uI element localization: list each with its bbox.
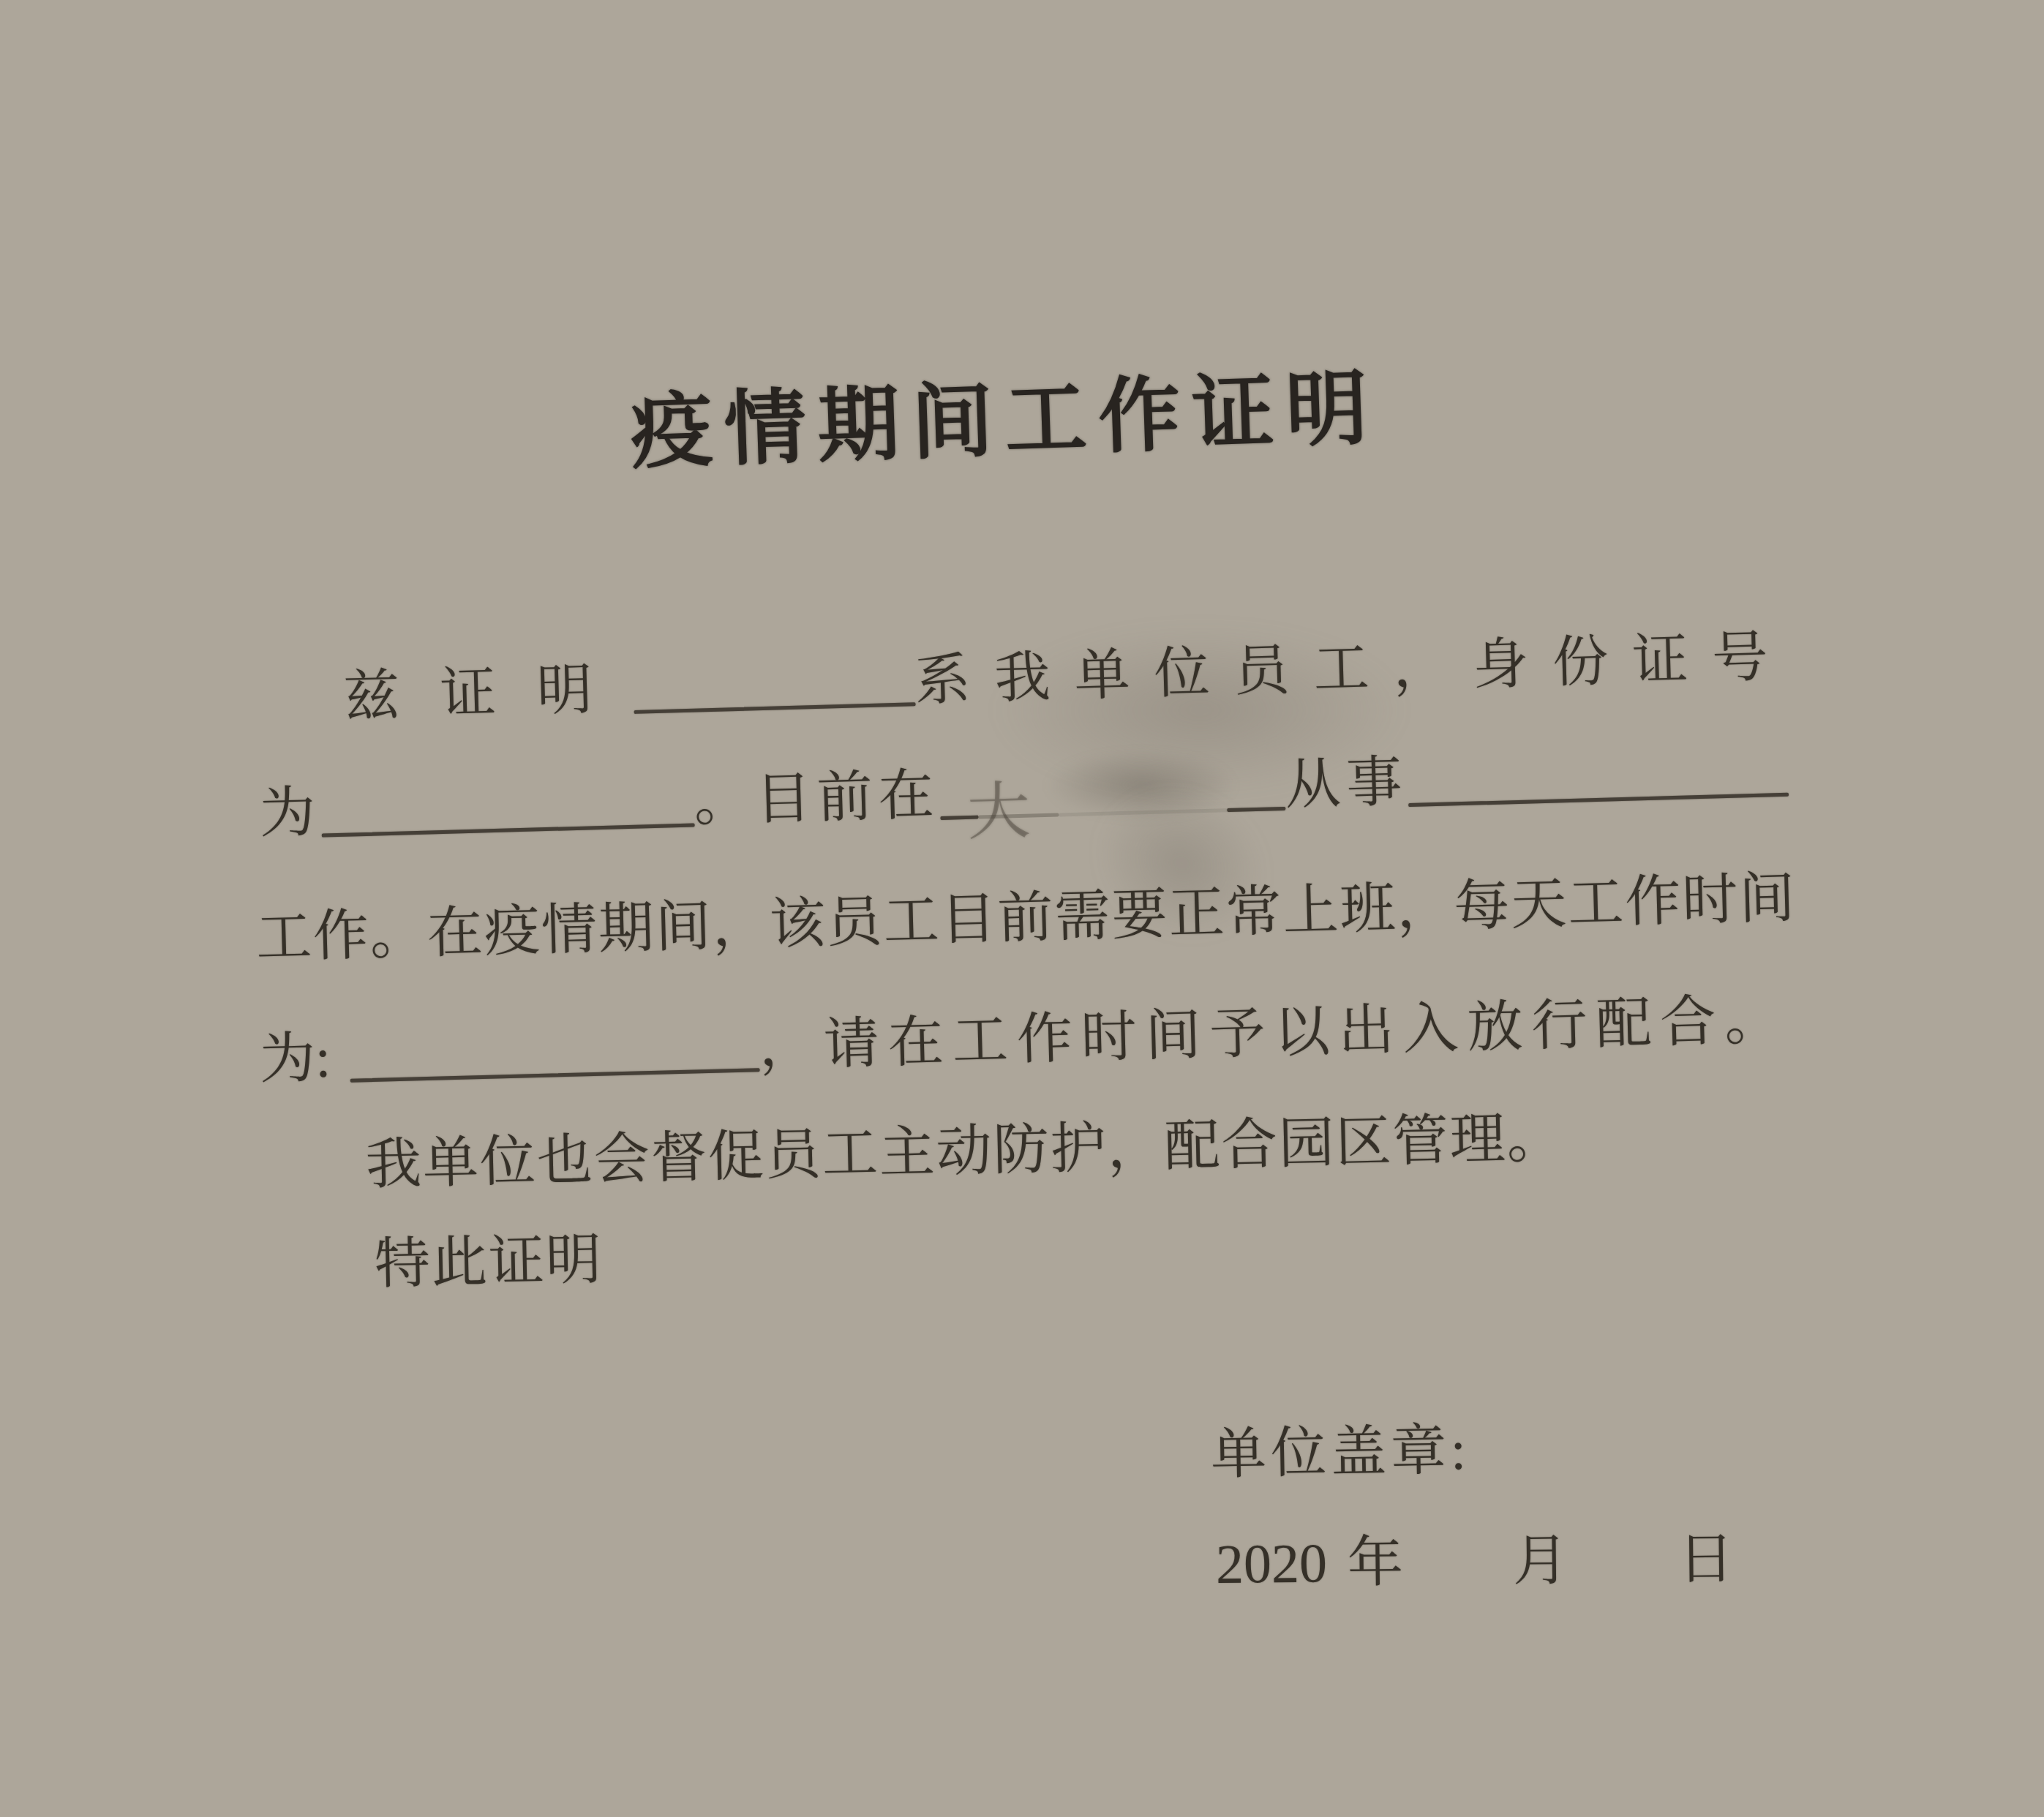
blank-workplace-faint (978, 813, 1059, 819)
date-year-suffix: 年 (1348, 1532, 1404, 1594)
line2-congshi-text: 从事 (1284, 751, 1408, 816)
blank-work-hours (350, 1068, 760, 1083)
body-line-1: 兹证明系我单位员工，身份证号 (343, 627, 1793, 729)
body-line-6: 特此证明 (374, 1230, 604, 1295)
blank-job-type (1408, 793, 1789, 808)
date-year: 2020 (1216, 1532, 1328, 1595)
line1-trail-text: 系我单位员工，身份证号 (914, 626, 1793, 712)
date-month-suffix: 月 (1513, 1530, 1569, 1592)
body-line-3: 工作。在疫情期间，该员工目前需要正常上班，每天工作时间 (255, 868, 1797, 970)
body-line-5: 我单位也会督促员工主动防护，配合园区管理。 (365, 1108, 1564, 1197)
line4-wei-text: 为: (259, 1027, 331, 1091)
body-line-4: 为:，请在工作时间予以出入放行配合。 (259, 990, 1790, 1091)
seal-label: 单位盖章: (1210, 1421, 1471, 1486)
certificate-photo: 大 疫情期间工作证明 兹证明系我单位员工，身份证号 为。目前在从事 工作。在疫情… (0, 0, 2044, 1817)
blank-employee-name (634, 702, 916, 714)
blank-id-number (322, 823, 695, 837)
blank-workplace-erased (1059, 808, 1227, 816)
date-line: 2020年月日 (1216, 1530, 1735, 1596)
line2-mid-text: 。目前在 (694, 764, 941, 832)
line4-trail-text: ，请在工作时间予以出入放行配合。 (759, 989, 1790, 1077)
line2-wei-text: 为 (259, 782, 322, 845)
blank-workplace-segment (940, 816, 978, 820)
document-title: 疫情期间工作证明 (629, 364, 1381, 479)
line1-lead-text: 兹证明 (343, 658, 634, 728)
blank-workplace-segment-2 (1227, 807, 1285, 812)
date-day-suffix: 日 (1678, 1529, 1735, 1591)
